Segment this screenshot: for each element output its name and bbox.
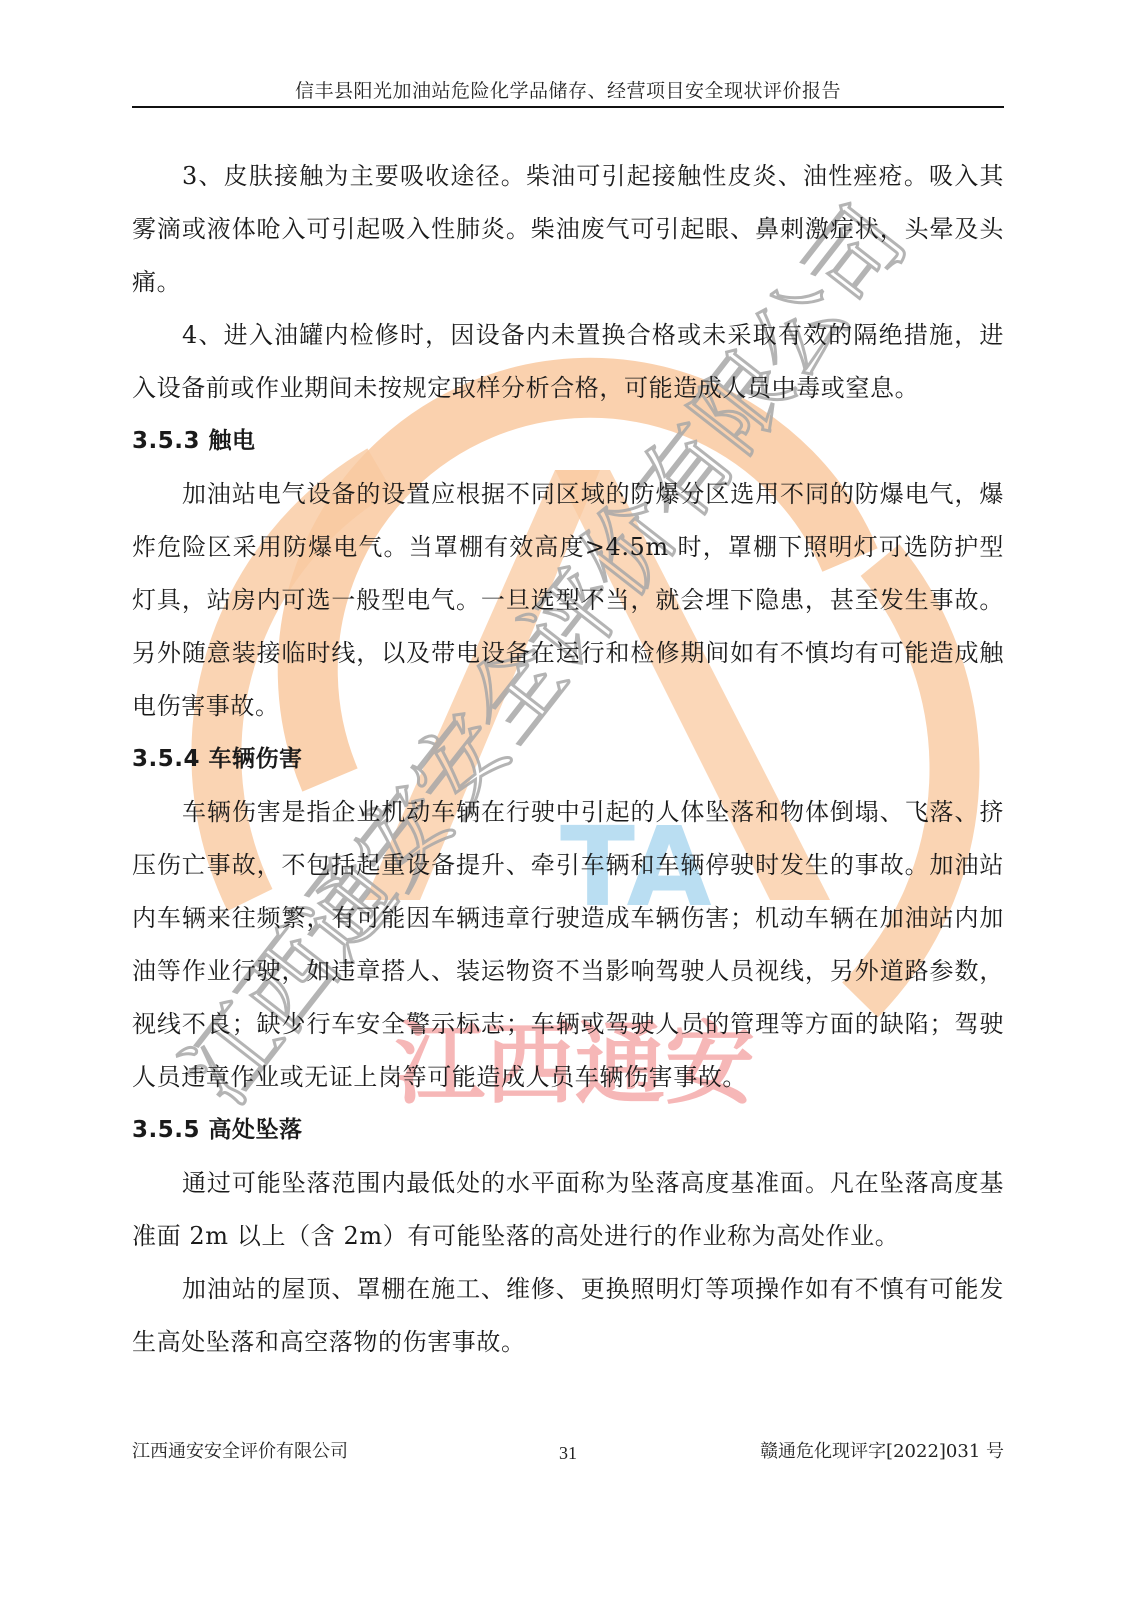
paragraph-fall-definition: 通过可能坠落范围内最低处的水平面称为坠落高度基准面。凡在坠落高度基准面 2m 以… xyxy=(132,1157,1004,1263)
paragraph-item-4: 4、进入油罐内检修时，因设备内未置换合格或未采取有效的隔绝措施，进入设备前或作业… xyxy=(132,309,1004,415)
document-header-title: 信丰县阳光加油站危险化学品储存、经营项目安全现状评价报告 xyxy=(132,76,1004,103)
paragraph-vehicle-injury: 车辆伤害是指企业机动车辆在行驶中引起的人体坠落和物体倒塌、飞落、挤压伤亡事故，不… xyxy=(132,786,1004,1104)
document-footer: 江西通安安全评价有限公司 31 赣通危化现评字[2022]031 号 xyxy=(132,1437,1004,1465)
header-divider xyxy=(132,106,1004,108)
paragraph-item-3: 3、皮肤接触为主要吸收途径。柴油可引起接触性皮炎、油性痤疮。吸入其雾滴或液体呛入… xyxy=(132,150,1004,309)
document-body: 3、皮肤接触为主要吸收途径。柴油可引起接触性皮炎、油性痤疮。吸入其雾滴或液体呛入… xyxy=(132,150,1004,1369)
document-page: TA 江西通安 江西通安安全评价有限公司 信丰县阳光加油站危险化学品储存、经营项… xyxy=(0,0,1131,1600)
paragraph-electric-shock: 加油站电气设备的设置应根据不同区域的防爆分区选用不同的防爆电气，爆炸危险区采用防… xyxy=(132,468,1004,733)
section-heading-vehicle-injury: 3.5.4 车辆伤害 xyxy=(132,733,1004,786)
paragraph-fall-risk: 加油站的屋顶、罩棚在施工、维修、更换照明灯等项操作如有不慎有可能发生高处坠落和高… xyxy=(132,1263,1004,1369)
footer-doc-number: 赣通危化现评字[2022]031 号 xyxy=(760,1437,1004,1463)
section-heading-fall-from-height: 3.5.5 高处坠落 xyxy=(132,1104,1004,1157)
section-heading-electric-shock: 3.5.3 触电 xyxy=(132,415,1004,468)
